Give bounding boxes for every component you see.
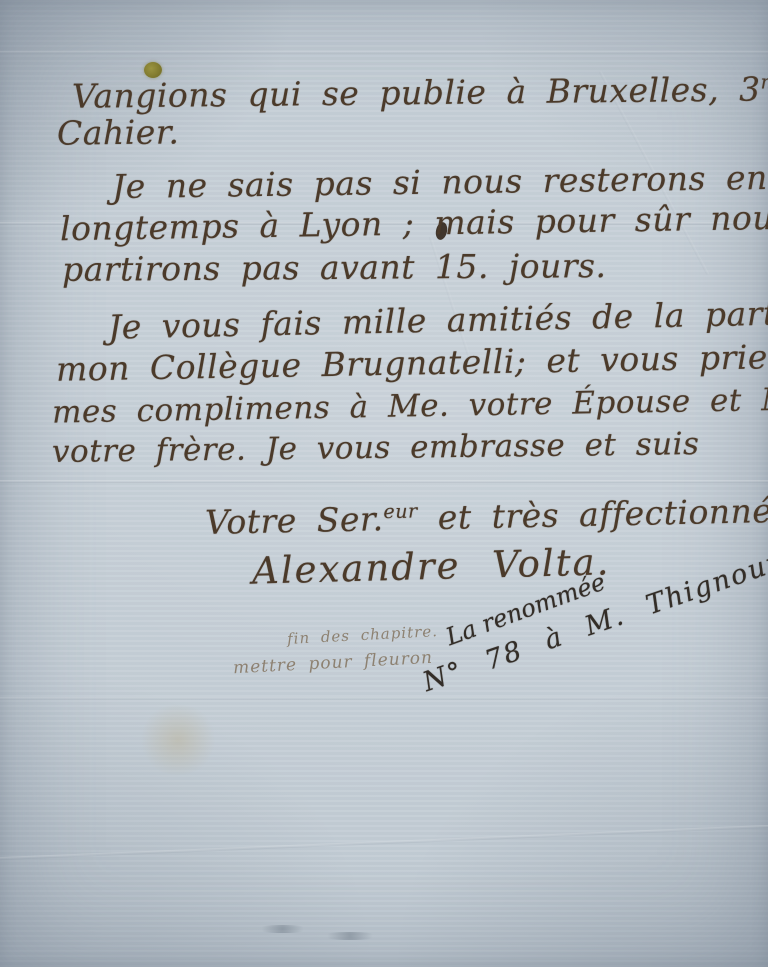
body-line-3: Je ne sais pas si nous resterons encore (112, 160, 768, 203)
fold-crease (0, 480, 768, 483)
closing-pre: Votre Ser. (205, 499, 384, 542)
body-line-5: partirons pas avant 15. jours. (62, 249, 607, 286)
letter-photograph: Vangions qui se publie à Bruxelles, 3me … (0, 0, 768, 967)
fold-crease (0, 697, 768, 700)
printer-note-2: mettre pour fleuron (233, 648, 434, 678)
closing-line: Votre Ser.eur et très affectionné. ami (205, 492, 768, 539)
body-line-9: votre frère. Je vous embrasse et suis (52, 429, 700, 468)
body-line-8: mes complimens à Me. votre Épouse et Mr. (52, 384, 768, 428)
ink-smudge (255, 925, 310, 933)
body-line-1-superscript: me (760, 70, 768, 93)
body-line-6: Je vous fais mille amitiés de la part de (108, 295, 768, 343)
printer-note-1: fin des chapitre. (287, 622, 439, 648)
closing-superscript: eur (383, 499, 418, 523)
paper-stain (138, 705, 218, 775)
body-line-7: mon Collègue Brugnatelli; et vous prie d… (56, 339, 768, 385)
ink-smudge (320, 932, 380, 940)
body-line-2: Cahier. (57, 115, 180, 149)
body-line-1: Vangions qui se publie à Bruxelles, 3me (72, 72, 768, 113)
fold-crease (0, 51, 768, 54)
closing-post: et très affectionné. ami (417, 489, 768, 537)
body-line-1-text: Vangions qui se publie à Bruxelles, 3 (72, 70, 761, 116)
fold-crease (0, 824, 768, 861)
body-line-4: longtemps à Lyon ; mais pour sûr nous ne (60, 200, 768, 245)
